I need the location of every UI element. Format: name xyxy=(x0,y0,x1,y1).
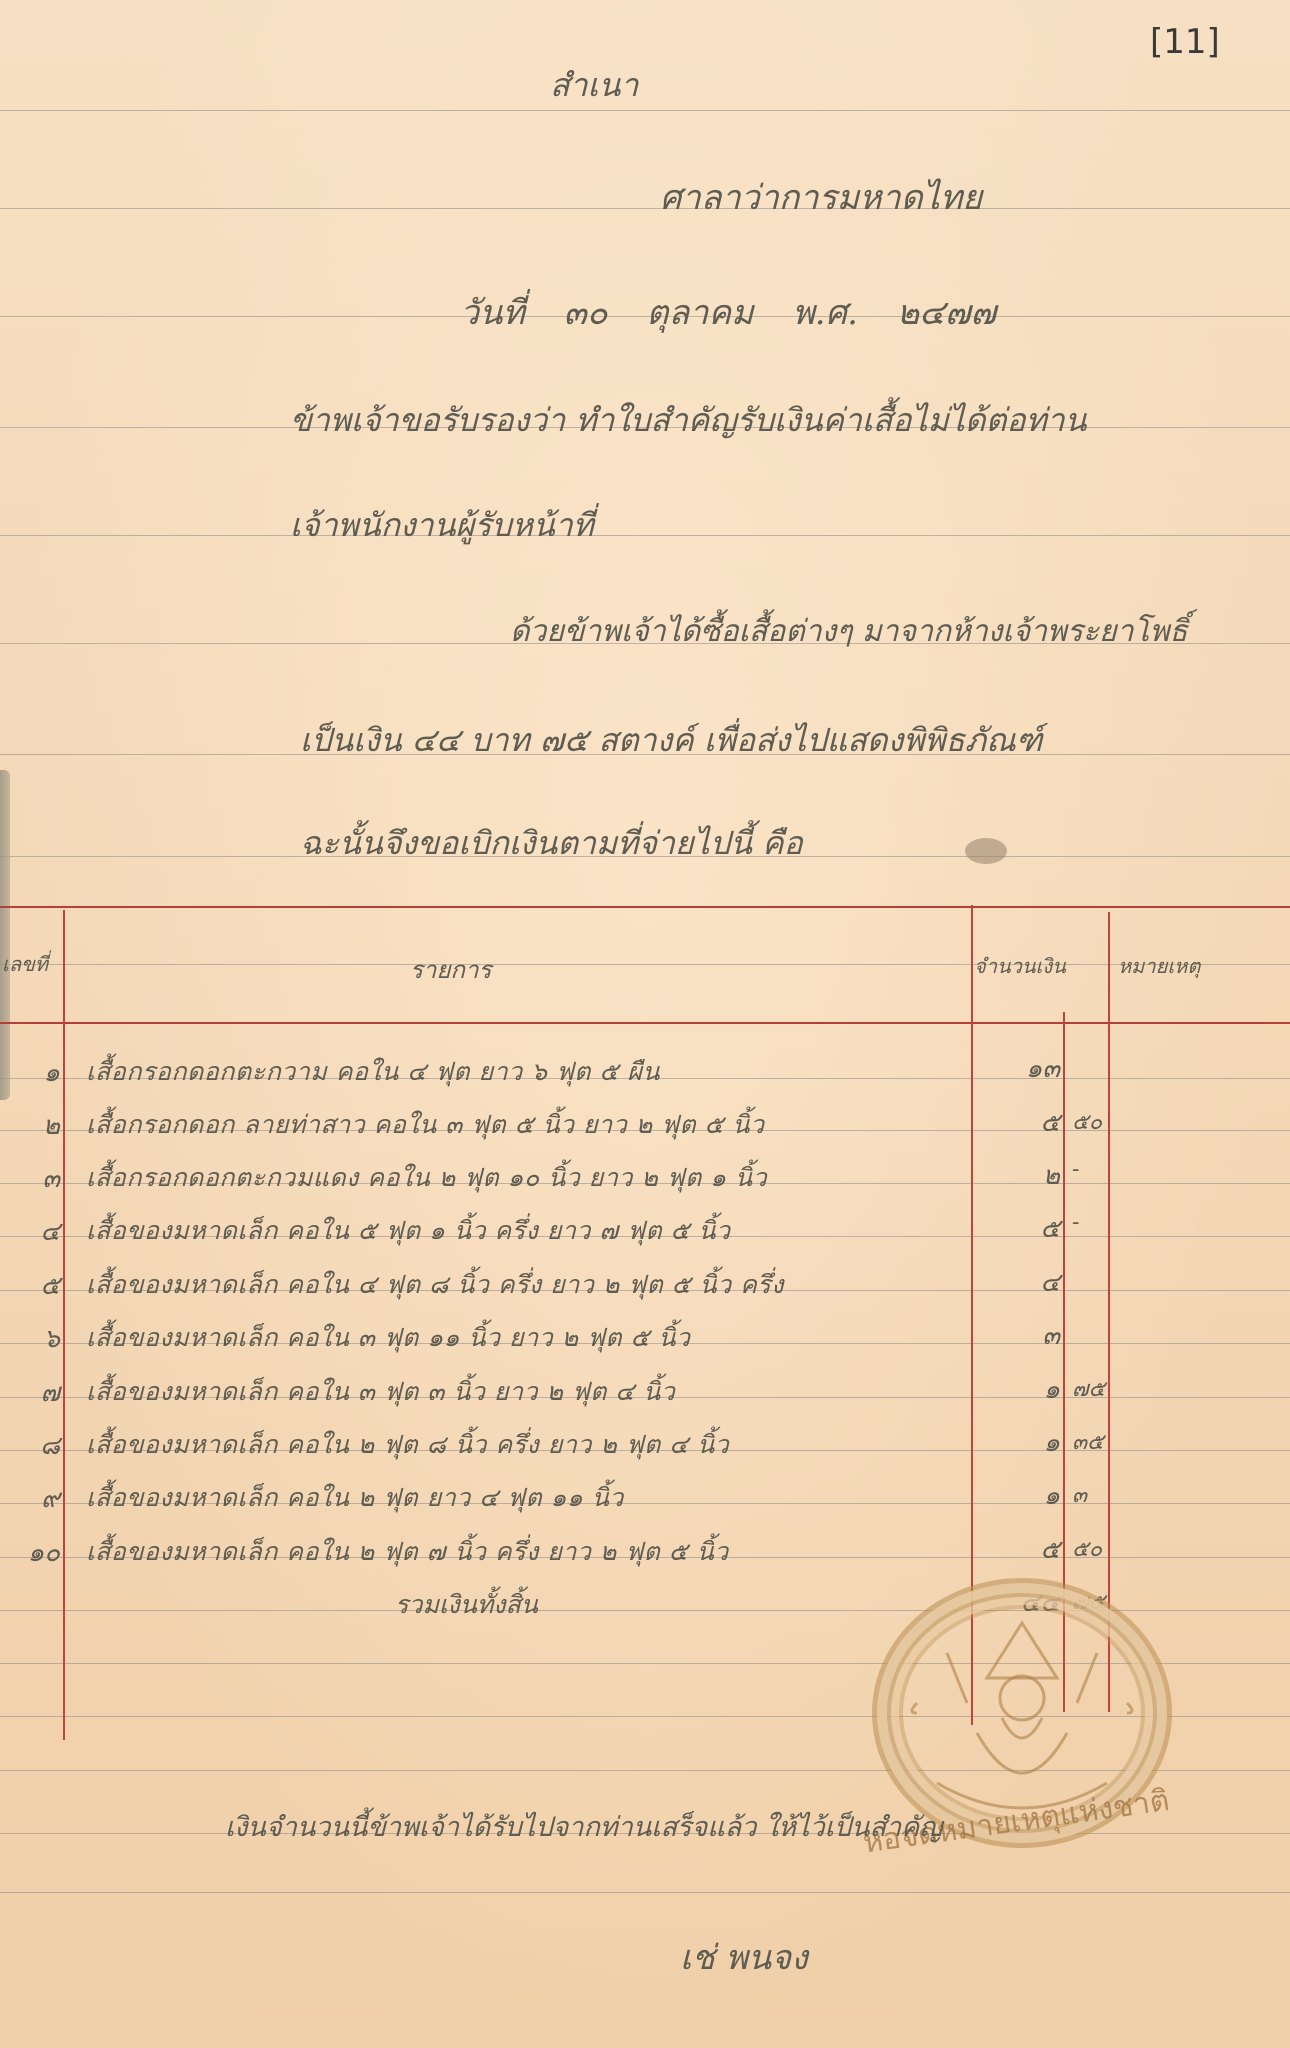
row-amount-baht: ๑ xyxy=(980,1475,1060,1516)
row-description: เสื้อกรอกดอกตะกวมแดง คอใน ๒ ฟุต ๑๐ นิ้ว … xyxy=(86,1158,767,1198)
row-number: ๘ xyxy=(10,1425,60,1466)
table-top-rule xyxy=(0,906,1290,908)
ink-blot xyxy=(965,838,1007,864)
torn-paper-edge xyxy=(0,770,10,1100)
row-amount-baht: ๓ xyxy=(980,1315,1060,1356)
row-amount-satang: ๗๕ xyxy=(1072,1371,1106,1406)
row-number: ๑ xyxy=(10,1052,60,1093)
row-description: เสื้อกรอกดอกตะกวาม คอใน ๔ ฟุต ยาว ๖ ฟุต … xyxy=(86,1052,660,1092)
row-amount-baht: ๒ xyxy=(980,1155,1060,1196)
row-description: เสื้อกรอกดอก ลายท่าสาว คอใน ๓ ฟุต ๕ นิ้ว… xyxy=(86,1105,765,1145)
row-description: เสื้อของมหาดเล็ก คอใน ๕ ฟุต ๑ นิ้ว ครึ่ง… xyxy=(86,1211,731,1251)
table-header-rule xyxy=(0,1022,1290,1024)
row-amount-baht: ๕ xyxy=(980,1529,1060,1570)
date-line: วันที่ ๓๐ ตุลาคม พ.ศ. ๒๔๗๗ xyxy=(460,285,996,339)
body-line-4: เป็นเงิน ๔๔ บาท ๗๕ สตางค์ เพื่อส่งไปแสดง… xyxy=(300,715,1042,766)
header-number: เลขที่ xyxy=(2,948,60,980)
row-number: ๔ xyxy=(10,1211,60,1252)
row-description: เสื้อของมหาดเล็ก คอใน ๒ ฟุต ยาว ๔ ฟุต ๑๑… xyxy=(86,1478,624,1518)
copy-mark: สำเนา xyxy=(550,60,638,111)
header-amount: จำนวนเงิน xyxy=(974,950,1066,982)
row-amount-satang: ๕๐ xyxy=(1072,1104,1106,1139)
row-amount-baht: ๔ xyxy=(980,1262,1060,1303)
body-line-5: ฉะนั้นจึงขอเบิกเงินตามที่จ่ายไปนี้ คือ xyxy=(300,818,803,869)
row-number: ๗ xyxy=(10,1372,60,1413)
column-divider-number xyxy=(63,910,65,1740)
row-number: ๑๐ xyxy=(10,1532,60,1573)
row-number: ๖ xyxy=(10,1318,60,1359)
row-description: เสื้อของมหาดเล็ก คอใน ๓ ฟุต ๑๑ นิ้ว ยาว … xyxy=(86,1318,690,1358)
body-line-2: เจ้าพนักงานผู้รับหน้าที่ xyxy=(290,500,594,551)
row-description: เสื้อของมหาดเล็ก คอใน ๔ ฟุต ๘ นิ้ว ครึ่ง… xyxy=(86,1265,784,1305)
row-amount-satang: - xyxy=(1072,1157,1106,1182)
row-description: เสื้อของมหาดเล็ก คอใน ๒ ฟุต ๗ นิ้ว ครึ่ง… xyxy=(86,1532,729,1572)
row-description: เสื้อของมหาดเล็ก คอใน ๓ ฟุต ๓ นิ้ว ยาว ๒… xyxy=(86,1372,675,1412)
body-line-3: ด้วยข้าพเจ้าได้ซื้อเสื้อต่างๆ มาจากห้างเ… xyxy=(510,608,1188,655)
row-amount-satang: - xyxy=(1072,1210,1106,1235)
row-amount-baht: ๕ xyxy=(980,1208,1060,1249)
row-amount-satang: ๓ xyxy=(1072,1477,1106,1512)
body-line-1: ข้าพเจ้าขอรับรองว่า ทำใบสำคัญรับเงินค่าเ… xyxy=(290,395,1087,446)
row-amount-baht: ๑๓ xyxy=(980,1048,1060,1089)
row-number: ๒ xyxy=(10,1105,60,1146)
row-number: ๙ xyxy=(10,1478,60,1519)
row-amount-baht: ๑ xyxy=(980,1422,1060,1463)
total-label: รวมเงินทั้งสิ้น xyxy=(395,1585,538,1625)
row-amount-satang: ๕๐ xyxy=(1072,1531,1106,1566)
header-remarks: หมายเหตุ xyxy=(1118,950,1200,982)
row-number: ๕ xyxy=(10,1265,60,1306)
row-amount-satang: ๓๕ xyxy=(1072,1424,1106,1459)
page-number: [11] xyxy=(1150,22,1220,62)
certification-line: เงินจำนวนนี้ข้าพเจ้าได้รับไปจากท่านเสร็จ… xyxy=(225,1805,942,1848)
issuer-heading: ศาลาว่าการมหาดไทย xyxy=(660,170,982,224)
row-number: ๓ xyxy=(10,1158,60,1199)
row-description: เสื้อของมหาดเล็ก คอใน ๒ ฟุต ๘ นิ้ว ครึ่ง… xyxy=(86,1425,729,1465)
header-description: รายการ xyxy=(410,950,491,989)
row-amount-baht: ๕ xyxy=(980,1102,1060,1143)
row-amount-baht: ๑ xyxy=(980,1369,1060,1410)
signature: เช่ พนจง xyxy=(680,1930,808,1984)
